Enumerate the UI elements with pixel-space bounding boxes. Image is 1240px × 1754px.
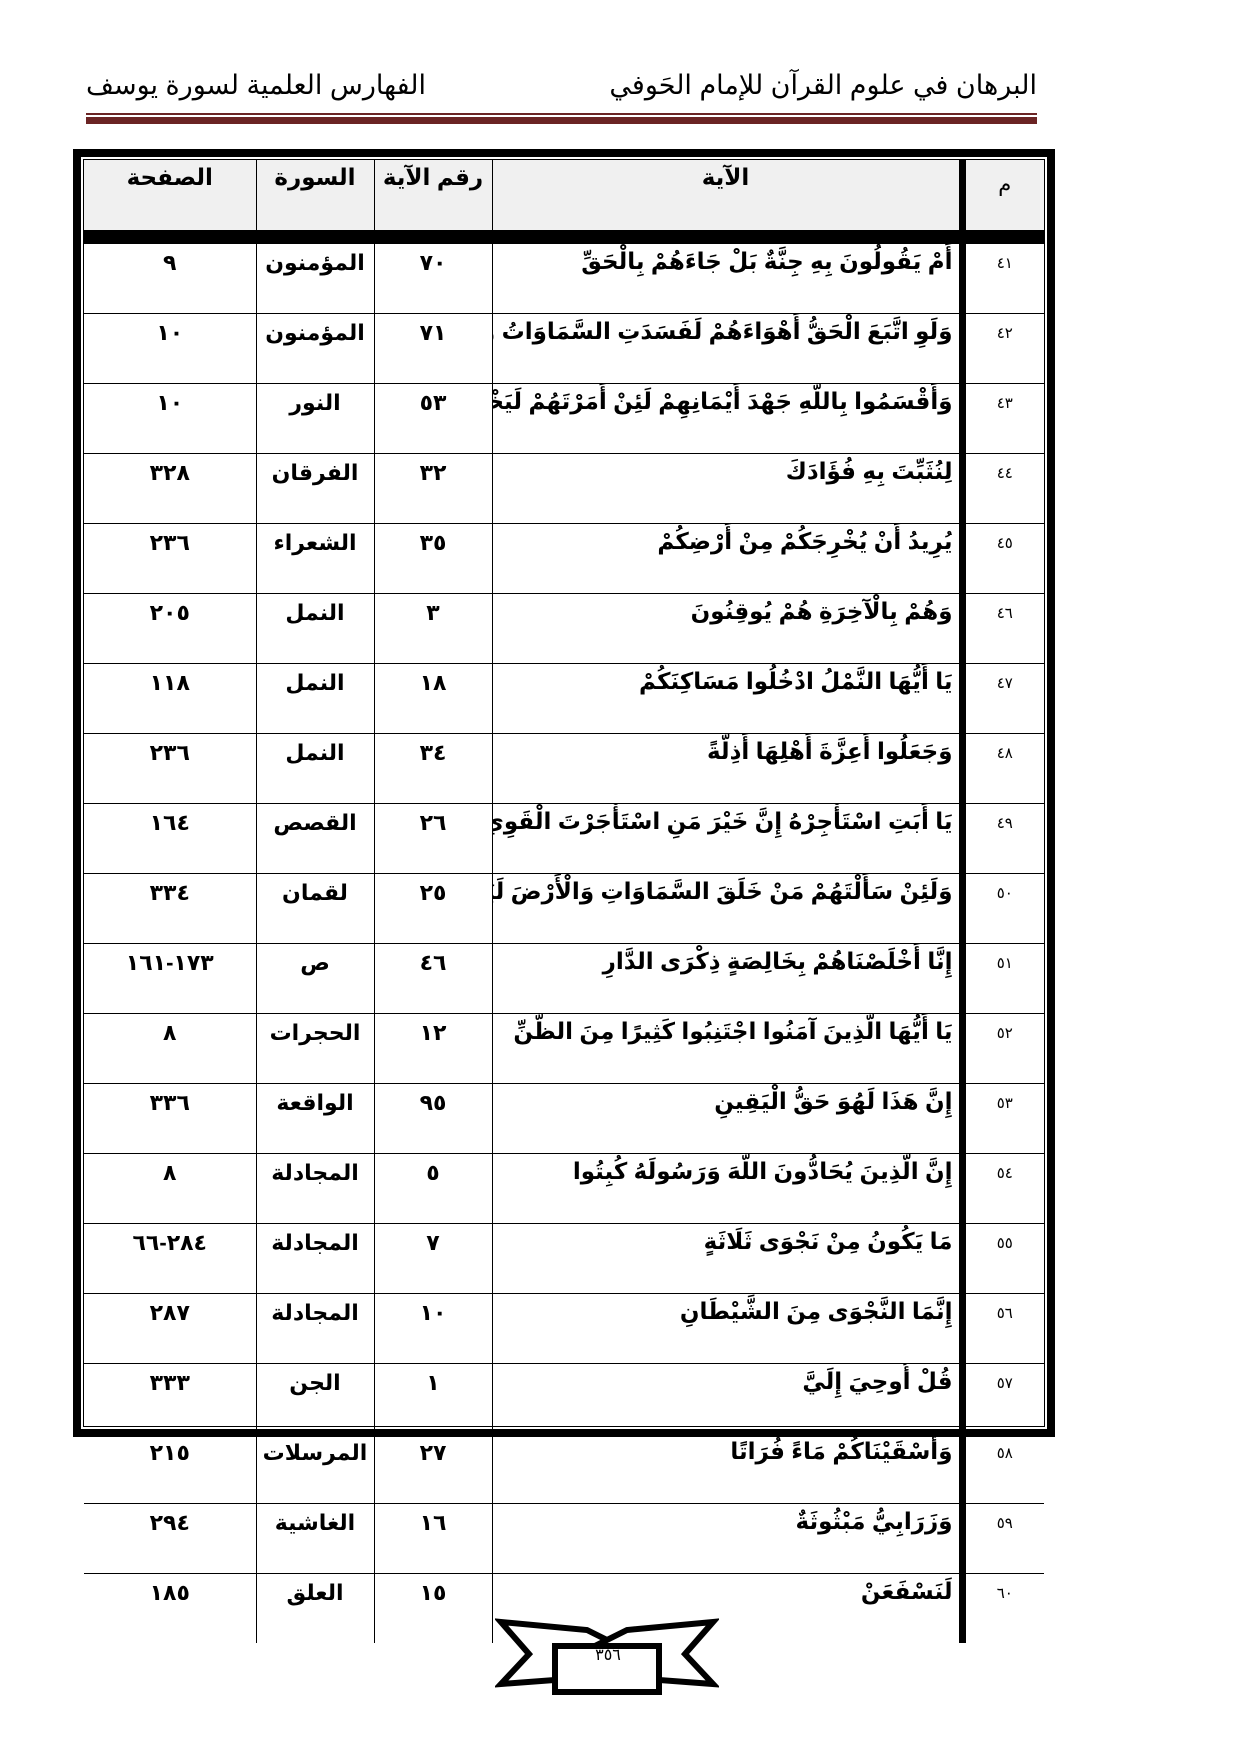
header-page: الصفحة <box>84 160 256 231</box>
table-row: ٥١إِنَّا أَخْلَصْنَاهُمْ بِخَالِصَةٍ ذِك… <box>84 944 1044 1014</box>
verse-index-table-frame: م الآية رقم الآية السورة الصفحة ٤١أَمْ ي… <box>73 149 1055 1437</box>
page-ref: ٨ <box>84 1154 256 1224</box>
verse-text: وَلَئِنْ سَأَلْتَهُمْ مَنْ خَلَقَ السَّم… <box>492 874 962 944</box>
row-number: ٤١ <box>962 244 1044 314</box>
surah-name: المجادلة <box>256 1224 374 1294</box>
ayah-number: ١٦ <box>374 1504 492 1574</box>
page-ref: ٩ <box>84 244 256 314</box>
verse-text: وَهُمْ بِالْآخِرَةِ هُمْ يُوقِنُونَ <box>492 594 962 664</box>
surah-name: النمل <box>256 594 374 664</box>
row-number: ٤٦ <box>962 594 1044 664</box>
ayah-number: ٣٤ <box>374 734 492 804</box>
table-row: ٤٤لِنُثَبِّتَ بِهِ فُؤَادَكَ٣٢الفرقان٣٢٨ <box>84 454 1044 524</box>
page-ref: ١٨٥ <box>84 1574 256 1644</box>
section-title: الفهارس العلمية لسورة يوسف <box>86 70 426 101</box>
page-ref: ٢١٥ <box>84 1434 256 1504</box>
table-row: ٥٠وَلَئِنْ سَأَلْتَهُمْ مَنْ خَلَقَ السَ… <box>84 874 1044 944</box>
ayah-number: ٧ <box>374 1224 492 1294</box>
header-num: م <box>962 160 1044 231</box>
page-number: ٣٥٦ <box>555 1645 661 1685</box>
row-number: ٥٢ <box>962 1014 1044 1084</box>
surah-name: النمل <box>256 664 374 734</box>
page-ref: ٢٨٧ <box>84 1294 256 1364</box>
surah-name: المجادلة <box>256 1294 374 1364</box>
ayah-number: ٧٠ <box>374 244 492 314</box>
page-ref: ٢٣٦ <box>84 524 256 594</box>
verse-text: وَزَرَابِيُّ مَبْثُوثَةٌ <box>492 1504 962 1574</box>
page-ref: ٣٢٨ <box>84 454 256 524</box>
verse-text: إِنَّمَا النَّجْوَى مِنَ الشَّيْطَانِ <box>492 1294 962 1364</box>
surah-name: ص <box>256 944 374 1014</box>
page-ref: ١٠ <box>84 384 256 454</box>
row-number: ٤٥ <box>962 524 1044 594</box>
verse-text: قُلْ أُوحِيَ إِلَيَّ <box>492 1364 962 1434</box>
table-row: ٥٣إِنَّ هَذَا لَهُوَ حَقُّ الْيَقِينِ٩٥ا… <box>84 1084 1044 1154</box>
verse-index-table: م الآية رقم الآية السورة الصفحة ٤١أَمْ ي… <box>84 160 1044 1643</box>
row-number: ٤٣ <box>962 384 1044 454</box>
ayah-number: ٧١ <box>374 314 492 384</box>
row-number: ٤٩ <box>962 804 1044 874</box>
book-title: البرهان في علوم القرآن للإمام الحَوفي <box>609 70 1037 101</box>
surah-name: العلق <box>256 1574 374 1644</box>
surah-name: لقمان <box>256 874 374 944</box>
page-ref: ٨ <box>84 1014 256 1084</box>
surah-name: الغاشية <box>256 1504 374 1574</box>
ayah-number: ٥٣ <box>374 384 492 454</box>
ayah-number: ١ <box>374 1364 492 1434</box>
surah-name: النور <box>256 384 374 454</box>
page-ref: ٢٨٤-٦٦ <box>84 1224 256 1294</box>
running-head: البرهان في علوم القرآن للإمام الحَوفي ال… <box>86 70 1037 110</box>
ayah-number: ٣ <box>374 594 492 664</box>
page-ref: ١٦٤ <box>84 804 256 874</box>
header-ayah: رقم الآية <box>374 160 492 231</box>
verse-text: إِنَّ الَّذِينَ يُحَادُّونَ اللَّهَ وَرَ… <box>492 1154 962 1224</box>
page-ref: ٢٩٤ <box>84 1504 256 1574</box>
surah-name: الحجرات <box>256 1014 374 1084</box>
surah-name: الجن <box>256 1364 374 1434</box>
ayah-number: ٤٦ <box>374 944 492 1014</box>
surah-name: المرسلات <box>256 1434 374 1504</box>
page-ref: ١٠ <box>84 314 256 384</box>
ayah-number: ٩٥ <box>374 1084 492 1154</box>
ayah-number: ٢٥ <box>374 874 492 944</box>
page-ref: ١٧٣-١٦١ <box>84 944 256 1014</box>
page-ref: ٣٣٤ <box>84 874 256 944</box>
header-verse: الآية <box>492 160 962 231</box>
ayah-number: ١٠ <box>374 1294 492 1364</box>
verse-text: يَا أَبَتِ اسْتَأْجِرْهُ إِنَّ خَيْرَ مَ… <box>492 804 962 874</box>
row-number: ٥٠ <box>962 874 1044 944</box>
table-row: ٥٨وَأَسْقَيْنَاكُمْ مَاءً فُرَاتًا٢٧المر… <box>84 1434 1044 1504</box>
verse-text: لِنُثَبِّتَ بِهِ فُؤَادَكَ <box>492 454 962 524</box>
ayah-number: ١٥ <box>374 1574 492 1644</box>
row-number: ٤٢ <box>962 314 1044 384</box>
ayah-number: ١٨ <box>374 664 492 734</box>
table-row: ٤١أَمْ يَقُولُونَ بِهِ جِنَّةٌ بَلْ جَاء… <box>84 244 1044 314</box>
surah-name: المؤمنون <box>256 244 374 314</box>
verse-text: يَا أَيُّهَا الَّذِينَ آمَنُوا اجْتَنِبُ… <box>492 1014 962 1084</box>
row-number: ٤٧ <box>962 664 1044 734</box>
row-number: ٥١ <box>962 944 1044 1014</box>
ayah-number: ٢٦ <box>374 804 492 874</box>
table-row: ٥٢يَا أَيُّهَا الَّذِينَ آمَنُوا اجْتَنِ… <box>84 1014 1044 1084</box>
table-row: ٥٥مَا يَكُونُ مِنْ نَجْوَى ثَلَاثَةٍ٧الم… <box>84 1224 1044 1294</box>
verse-text: وَأَسْقَيْنَاكُمْ مَاءً فُرَاتًا <box>492 1434 962 1504</box>
ayah-number: ٣٥ <box>374 524 492 594</box>
verse-text: وَأَقْسَمُوا بِاللَّهِ جَهْدَ أَيْمَانِه… <box>492 384 962 454</box>
header-rule-thick <box>86 117 1037 124</box>
ayah-number: ٥ <box>374 1154 492 1224</box>
header-separator <box>84 231 1044 244</box>
surah-name: الواقعة <box>256 1084 374 1154</box>
verse-text: وَجَعَلُوا أَعِزَّةَ أَهْلِهَا أَذِلَّةً <box>492 734 962 804</box>
row-number: ٥٤ <box>962 1154 1044 1224</box>
page-ref: ٢٠٥ <box>84 594 256 664</box>
table-row: ٤٢وَلَوِ اتَّبَعَ الْحَقُّ أَهْوَاءَهُمْ… <box>84 314 1044 384</box>
verse-text: مَا يَكُونُ مِنْ نَجْوَى ثَلَاثَةٍ <box>492 1224 962 1294</box>
surah-name: الشعراء <box>256 524 374 594</box>
verse-text: إِنَّا أَخْلَصْنَاهُمْ بِخَالِصَةٍ ذِكْر… <box>492 944 962 1014</box>
table-row: ٤٥يُرِيدُ أَنْ يُخْرِجَكُمْ مِنْ أَرْضِك… <box>84 524 1044 594</box>
table-row: ٤٣وَأَقْسَمُوا بِاللَّهِ جَهْدَ أَيْمَان… <box>84 384 1044 454</box>
surah-name: المؤمنون <box>256 314 374 384</box>
verse-text: يَا أَيُّهَا النَّمْلُ ادْخُلُوا مَسَاكِ… <box>492 664 962 734</box>
page-ref: ١١٨ <box>84 664 256 734</box>
row-number: ٤٨ <box>962 734 1044 804</box>
row-number: ٥٣ <box>962 1084 1044 1154</box>
ayah-number: ٣٢ <box>374 454 492 524</box>
table-row: ٥٦إِنَّمَا النَّجْوَى مِنَ الشَّيْطَانِ١… <box>84 1294 1044 1364</box>
surah-name: الفرقان <box>256 454 374 524</box>
table-row: ٤٨وَجَعَلُوا أَعِزَّةَ أَهْلِهَا أَذِلَّ… <box>84 734 1044 804</box>
table-header-row: م الآية رقم الآية السورة الصفحة <box>84 160 1044 231</box>
ayah-number: ١٢ <box>374 1014 492 1084</box>
table-row: ٤٧يَا أَيُّهَا النَّمْلُ ادْخُلُوا مَسَا… <box>84 664 1044 734</box>
verse-text: وَلَوِ اتَّبَعَ الْحَقُّ أَهْوَاءَهُمْ ل… <box>492 314 962 384</box>
header-rule-thin <box>86 113 1037 115</box>
row-number: ٤٤ <box>962 454 1044 524</box>
page-ref: ٢٣٦ <box>84 734 256 804</box>
row-number: ٥٦ <box>962 1294 1044 1364</box>
table-row: ٥٤إِنَّ الَّذِينَ يُحَادُّونَ اللَّهَ وَ… <box>84 1154 1044 1224</box>
row-number: ٥٩ <box>962 1504 1044 1574</box>
row-number: ٥٧ <box>962 1364 1044 1434</box>
table-row: ٥٩وَزَرَابِيُّ مَبْثُوثَةٌ١٦الغاشية٢٩٤ <box>84 1504 1044 1574</box>
header-surah: السورة <box>256 160 374 231</box>
verse-text: إِنَّ هَذَا لَهُوَ حَقُّ الْيَقِينِ <box>492 1084 962 1154</box>
row-number: ٦٠ <box>962 1574 1044 1644</box>
page-ref: ٣٣٦ <box>84 1084 256 1154</box>
page-ref: ٣٣٣ <box>84 1364 256 1434</box>
row-number: ٥٥ <box>962 1224 1044 1294</box>
table-row: ٥٧قُلْ أُوحِيَ إِلَيَّ١الجن٣٣٣ <box>84 1364 1044 1434</box>
table-row: ٤٩يَا أَبَتِ اسْتَأْجِرْهُ إِنَّ خَيْرَ … <box>84 804 1044 874</box>
surah-name: القصص <box>256 804 374 874</box>
verse-text: يُرِيدُ أَنْ يُخْرِجَكُمْ مِنْ أَرْضِكُم… <box>492 524 962 594</box>
surah-name: النمل <box>256 734 374 804</box>
verse-text: أَمْ يَقُولُونَ بِهِ جِنَّةٌ بَلْ جَاءَه… <box>492 244 962 314</box>
surah-name: المجادلة <box>256 1154 374 1224</box>
table-row: ٤٦وَهُمْ بِالْآخِرَةِ هُمْ يُوقِنُونَ٣ال… <box>84 594 1044 664</box>
row-number: ٥٨ <box>962 1434 1044 1504</box>
ayah-number: ٢٧ <box>374 1434 492 1504</box>
